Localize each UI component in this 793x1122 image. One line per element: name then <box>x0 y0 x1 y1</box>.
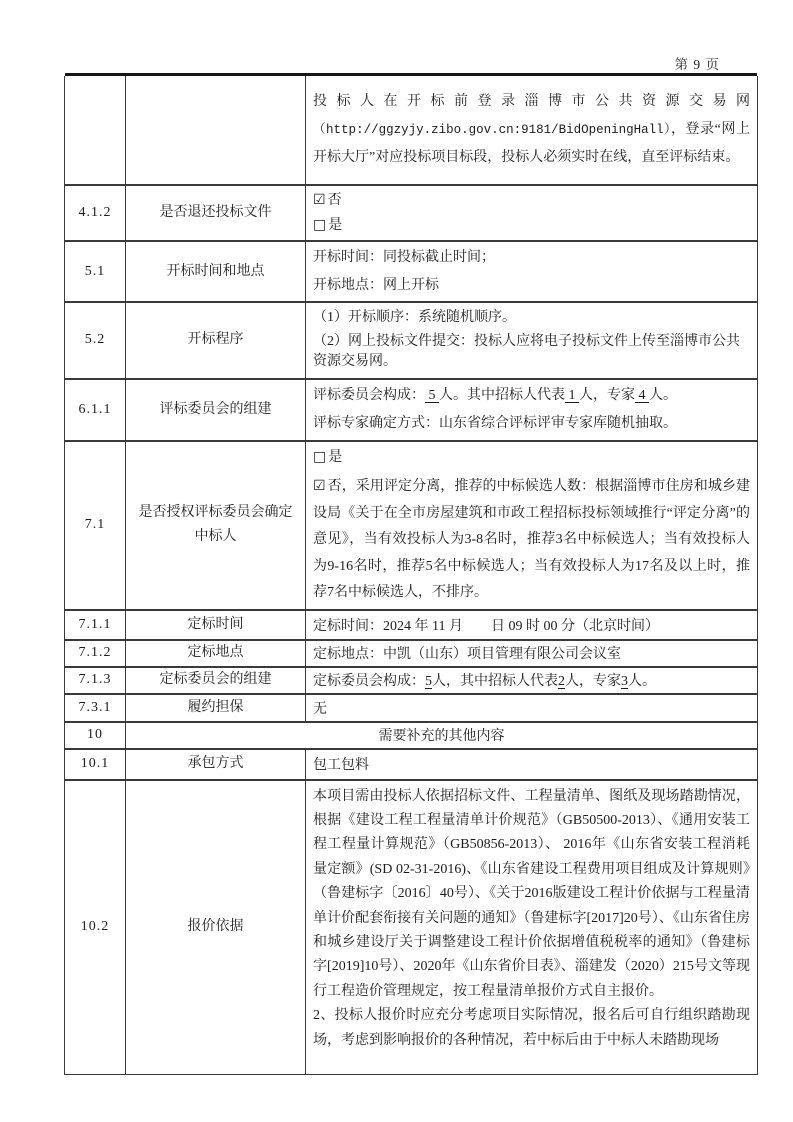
url-text: （http://ggzyjy.zibo.gov.cn:9181/BidOpeni… <box>313 123 671 137</box>
item-number <box>65 76 126 185</box>
table-row-5-1: 5.1 开标时间和地点 开标时间：同投标截止时间； 开标地点：网上开标 <box>65 241 758 302</box>
item-content: 定标时间：2024 年 11 月 日 09 时 00 分（北京时间） <box>306 610 758 640</box>
table-row-7-1: 7.1 是否授权评标委员会确定中标人 □是 ☑否，采用评定分离，推荐的中标候选人… <box>65 441 758 610</box>
item-content: 评标委员会构成： 5 人。其中招标人代表 1 人，专家 4 人。 评标专家确定方… <box>306 379 758 441</box>
checkbox-checked-icon: ☑ <box>313 192 326 208</box>
item-title: 定标地点 <box>126 640 306 667</box>
item-title: 承包方式 <box>126 749 306 780</box>
table-row-7-3-1: 7.3.1 履约担保 无 <box>65 694 758 722</box>
filled-blank-value: 5 <box>425 388 439 403</box>
bid-conditions-table: 投标人在开标前登录淄博市公共资源交易网（http://ggzyjy.zibo.g… <box>64 76 758 1075</box>
filled-blank-value: 4 <box>635 388 649 403</box>
filled-blank-value: 3 <box>621 674 628 689</box>
page-number-label: 第 9 页 <box>0 53 720 73</box>
item-title <box>126 76 306 185</box>
item-title: 定标时间 <box>126 610 306 640</box>
item-title: 评标委员会的组建 <box>126 379 306 441</box>
item-content: □是 ☑否，采用评定分离，推荐的中标候选人数：根据淄博市住房和城乡建设局《关于在… <box>306 441 758 610</box>
table-row-continuation: 投标人在开标前登录淄博市公共资源交易网（http://ggzyjy.zibo.g… <box>65 76 758 185</box>
document-page: 第 9 页 投标人在开标前登录淄博市公共资源交易网（http://ggzyjy.… <box>0 0 793 1122</box>
checkbox-unchecked-icon: □ <box>313 217 326 233</box>
item-title: 定标委员会的组建 <box>126 667 306 694</box>
item-number: 10 <box>65 722 126 749</box>
option-yes: □是 <box>313 444 750 472</box>
option-label: 否，采用评定分离，推荐的中标候选人数：根据淄博市住房和城乡建设局《关于在全市房屋… <box>313 479 750 600</box>
text-segment: 人。其中招标人代表 <box>439 388 565 403</box>
filled-blank-value: 2 <box>558 674 565 689</box>
text-line: 开标地点：网上开标 <box>313 272 750 300</box>
table-row-6-1-1: 6.1.1 评标委员会的组建 评标委员会构成： 5 人。其中招标人代表 1 人，… <box>65 379 758 441</box>
option-no: ☑否 <box>313 188 750 213</box>
item-number: 7.1.3 <box>65 667 126 694</box>
item-content: 定标委员会构成：5人，其中招标人代表2人，专家3人。 <box>306 667 758 694</box>
checkbox-unchecked-icon: □ <box>313 449 326 465</box>
table-row-10-1: 10.1 承包方式 包工包料 <box>65 749 758 780</box>
item-number: 7.1 <box>65 441 126 610</box>
item-content: ☑否 □是 <box>306 185 758 241</box>
table-row-4-1-2: 4.1.2 是否退还投标文件 ☑否 □是 <box>65 185 758 241</box>
item-title: 报价依据 <box>126 780 306 1075</box>
item-content: 投标人在开标前登录淄博市公共资源交易网（http://ggzyjy.zibo.g… <box>306 76 758 185</box>
item-content: 本项目需由投标人依据招标文件、工程量清单、图纸及现场踏勘情况，根据《建设工程工程… <box>306 780 758 1075</box>
item-title: 开标程序 <box>126 302 306 379</box>
item-number: 10.2 <box>65 780 126 1075</box>
text-segment: 投标人在开标前登录淄博市公共资源交易网 <box>313 94 750 109</box>
table-row-5-2: 5.2 开标程序 （1）开标顺序：系统随机顺序。 （2）网上投标文件提交：投标人… <box>65 302 758 379</box>
text-line: 开标时间：同投标截止时间； <box>313 244 750 272</box>
item-number: 10.1 <box>65 749 126 780</box>
section-heading: 需要补充的其他内容 <box>126 722 758 749</box>
text-segment: 人。 <box>628 674 656 689</box>
text-segment: 人，专家 <box>579 388 635 403</box>
paragraph: 2、投标人报价时应充分考虑项目实际情况，报名后可自行组织踏勘现场，考虑到影响报价… <box>313 1004 750 1053</box>
paragraph: 投标人在开标前登录淄博市公共资源交易网（http://ggzyjy.zibo.g… <box>313 88 750 172</box>
text-line: 评标委员会构成： 5 人。其中招标人代表 1 人，专家 4 人。 <box>313 382 750 410</box>
item-number: 6.1.1 <box>65 379 126 441</box>
item-number: 5.1 <box>65 241 126 302</box>
item-number: 7.1.1 <box>65 610 126 640</box>
item-content: （1）开标顺序：系统随机顺序。 （2）网上投标文件提交：投标人应将电子投标文件上… <box>306 302 758 379</box>
item-title: 是否授权评标委员会确定中标人 <box>126 441 306 610</box>
item-title: 是否退还投标文件 <box>126 185 306 241</box>
option-yes: □是 <box>313 213 750 238</box>
item-content: 开标时间：同投标截止时间； 开标地点：网上开标 <box>306 241 758 302</box>
item-number: 5.2 <box>65 302 126 379</box>
item-number: 7.1.2 <box>65 640 126 667</box>
item-content: 定标地点：中凯（山东）项目管理有限公司会议室 <box>306 640 758 667</box>
text-segment: 人，专家 <box>565 674 621 689</box>
text-segment: 人。 <box>649 388 677 403</box>
text-line: 评标专家确定方式：山东省综合评标评审专家库随机抽取。 <box>313 410 750 438</box>
table-row-7-1-2: 7.1.2 定标地点 定标地点：中凯（山东）项目管理有限公司会议室 <box>65 640 758 667</box>
text-segment: 定标委员会构成： <box>313 674 425 689</box>
option-no: ☑否，采用评定分离，推荐的中标候选人数：根据淄博市住房和城乡建设局《关于在全市房… <box>313 473 750 607</box>
item-number: 4.1.2 <box>65 185 126 241</box>
option-label: 是 <box>328 218 342 233</box>
table-row-7-1-1: 7.1.1 定标时间 定标时间：2024 年 11 月 日 09 时 00 分（… <box>65 610 758 640</box>
text-line: （1）开标顺序：系统随机顺序。 <box>313 308 750 329</box>
text-line: （2）网上投标文件提交：投标人应将电子投标文件上传至淄博市公共资源交易网。 <box>313 332 750 373</box>
filled-blank-value: 1 <box>565 388 579 403</box>
item-number: 7.3.1 <box>65 694 126 722</box>
table-row-10: 10 需要补充的其他内容 <box>65 722 758 749</box>
checkbox-checked-icon: ☑ <box>313 478 326 494</box>
table-row-7-1-3: 7.1.3 定标委员会的组建 定标委员会构成：5人，其中招标人代表2人，专家3人… <box>65 667 758 694</box>
item-content: 包工包料 <box>306 749 758 780</box>
paragraph: 本项目需由投标人依据招标文件、工程量清单、图纸及现场踏勘情况，根据《建设工程工程… <box>313 785 750 1005</box>
item-title: 履约担保 <box>126 694 306 722</box>
item-content: 无 <box>306 694 758 722</box>
item-title: 开标时间和地点 <box>126 241 306 302</box>
option-label: 是 <box>328 450 342 465</box>
text-segment: 人，其中招标人代表 <box>432 674 558 689</box>
filled-blank-value: 5 <box>425 674 432 689</box>
option-label: 否 <box>328 193 342 208</box>
table-row-10-2: 10.2 报价依据 本项目需由投标人依据招标文件、工程量清单、图纸及现场踏勘情况… <box>65 780 758 1075</box>
text-segment: 评标委员会构成： <box>313 388 425 403</box>
